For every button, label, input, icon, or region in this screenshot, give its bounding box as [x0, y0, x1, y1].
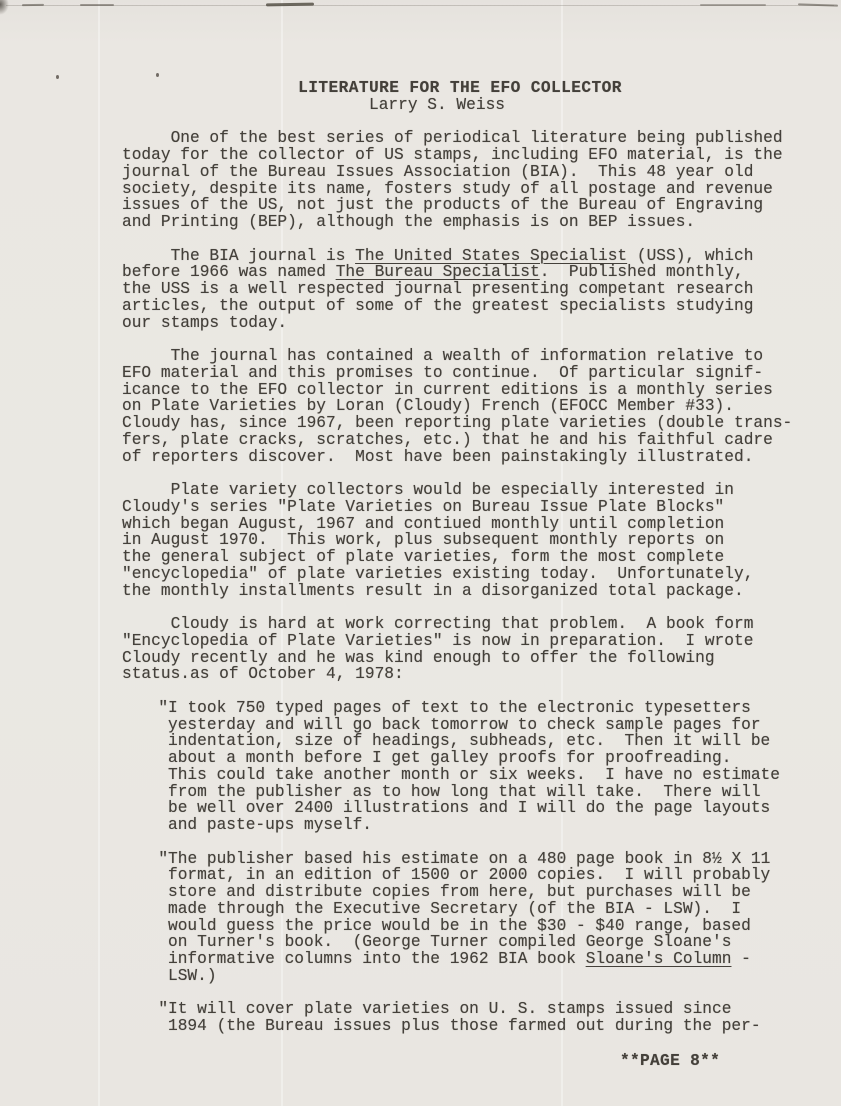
scan-scratch-mark [798, 3, 838, 6]
text-line: of reporters discover. Most have been pa… [122, 449, 798, 466]
paragraph: Cloudy is hard at work correcting that p… [122, 616, 798, 683]
text-line: LSW.) [168, 968, 798, 985]
text-line: Cloudy has, since 1967, been reporting p… [122, 415, 798, 432]
text-line: Plate variety collectors would be especi… [122, 482, 798, 499]
document-body: One of the best series of periodical lit… [122, 130, 798, 1035]
underlined-text: The United States Specialist [355, 247, 627, 265]
quoted-paragraph: "It will cover plate varieties on U. S. … [168, 1001, 798, 1035]
text-line: "Encyclopedia of Plate Varieties" is now… [122, 633, 798, 650]
text-line: EFO material and this promises to contin… [122, 365, 798, 382]
text-line: "The publisher based his estimate on a 4… [168, 851, 798, 868]
page-title: LITERATURE FOR THE EFO COLLECTOR [122, 80, 798, 97]
text-line: icance to the EFO collector in current e… [122, 382, 798, 399]
text-line: today for the collector of US stamps, in… [122, 147, 798, 164]
text-line: on Plate Varieties by Loran (Cloudy) Fre… [122, 398, 798, 415]
text-line: "I took 750 typed pages of text to the e… [168, 700, 798, 717]
text-line: yesterday and will go back tomorrow to c… [168, 717, 798, 734]
text-line: in August 1970. This work, plus subseque… [122, 532, 798, 549]
ink-speck [156, 73, 159, 77]
quoted-paragraph: "The publisher based his estimate on a 4… [168, 851, 798, 985]
text-line: The journal has contained a wealth of in… [122, 348, 798, 365]
paragraph: Plate variety collectors would be especi… [122, 482, 798, 599]
text-line: our stamps today. [122, 315, 798, 332]
text-line: "It will cover plate varieties on U. S. … [168, 1001, 798, 1018]
text-line: issues of the US, not just the products … [122, 197, 798, 214]
text-line: on Turner's book. (George Turner compile… [168, 934, 798, 951]
text-line: made through the Executive Secretary (of… [168, 901, 798, 918]
text-line: society, despite its name, fosters study… [122, 181, 798, 198]
paragraph: The journal has contained a wealth of in… [122, 348, 798, 465]
scan-scratch-mark [80, 4, 114, 6]
text-line: Cloudy recently and he was kind enough t… [122, 650, 798, 667]
text-line: 1894 (the Bureau issues plus those farme… [168, 1018, 798, 1035]
page-number-label: **PAGE 8** [620, 1053, 720, 1070]
underlined-text: The Bureau Specialist [336, 263, 540, 281]
text-line: the USS is a well respected journal pres… [122, 281, 798, 298]
quoted-paragraph: "I took 750 typed pages of text to the e… [168, 700, 798, 834]
text-line: journal of the Bureau Issues Association… [122, 164, 798, 181]
document-content: LITERATURE FOR THE EFO COLLECTOR Larry S… [122, 80, 798, 1052]
paper-fold-line [98, 0, 100, 1106]
text-line: format, in an edition of 1500 or 2000 co… [168, 867, 798, 884]
text-line: about a month before I get galley proofs… [168, 750, 798, 767]
text-line: informative columns into the 1962 BIA bo… [168, 951, 798, 968]
text-line: and paste-ups myself. [168, 817, 798, 834]
text-line: "encyclopedia" of plate varieties existi… [122, 566, 798, 583]
text-line: the monthly installments result in a dis… [122, 583, 798, 600]
ink-speck [56, 75, 59, 79]
text-line: store and distribute copies from here, b… [168, 884, 798, 901]
text-line: Cloudy's series "Plate Varieties on Bure… [122, 499, 798, 516]
scanned-document-page: LITERATURE FOR THE EFO COLLECTOR Larry S… [0, 0, 841, 1106]
scan-scratch-mark [700, 4, 766, 6]
document-header: LITERATURE FOR THE EFO COLLECTOR Larry S… [122, 80, 798, 114]
text-line: which began August, 1967 and contiued mo… [122, 516, 798, 533]
text-line: be well over 2400 illustrations and I wi… [168, 800, 798, 817]
paragraph: The BIA journal is The United States Spe… [122, 248, 798, 332]
scan-corner-mark [0, 0, 9, 15]
paragraph: One of the best series of periodical lit… [122, 130, 798, 231]
text-line: The BIA journal is The United States Spe… [122, 248, 798, 265]
text-line: before 1966 was named The Bureau Special… [122, 264, 798, 281]
scan-scratch-mark [22, 4, 44, 6]
text-line: status.as of October 4, 1978: [122, 666, 798, 683]
text-line: the general subject of plate varieties, … [122, 549, 798, 566]
underlined-text: Sloane's Column [586, 950, 732, 968]
text-line: would guess the price would be in the $3… [168, 918, 798, 935]
text-line: One of the best series of periodical lit… [122, 130, 798, 147]
text-line: indentation, size of headings, subheads,… [168, 733, 798, 750]
text-line: articles, the output of some of the grea… [122, 298, 798, 315]
author-byline: Larry S. Weiss [99, 97, 775, 114]
text-line: from the publisher as to how long that w… [168, 784, 798, 801]
text-line: Cloudy is hard at work correcting that p… [122, 616, 798, 633]
text-line: fers, plate cracks, scratches, etc.) tha… [122, 432, 798, 449]
text-line: This could take another month or six wee… [168, 767, 798, 784]
text-line: and Printing (BEP), although the emphasi… [122, 214, 798, 231]
